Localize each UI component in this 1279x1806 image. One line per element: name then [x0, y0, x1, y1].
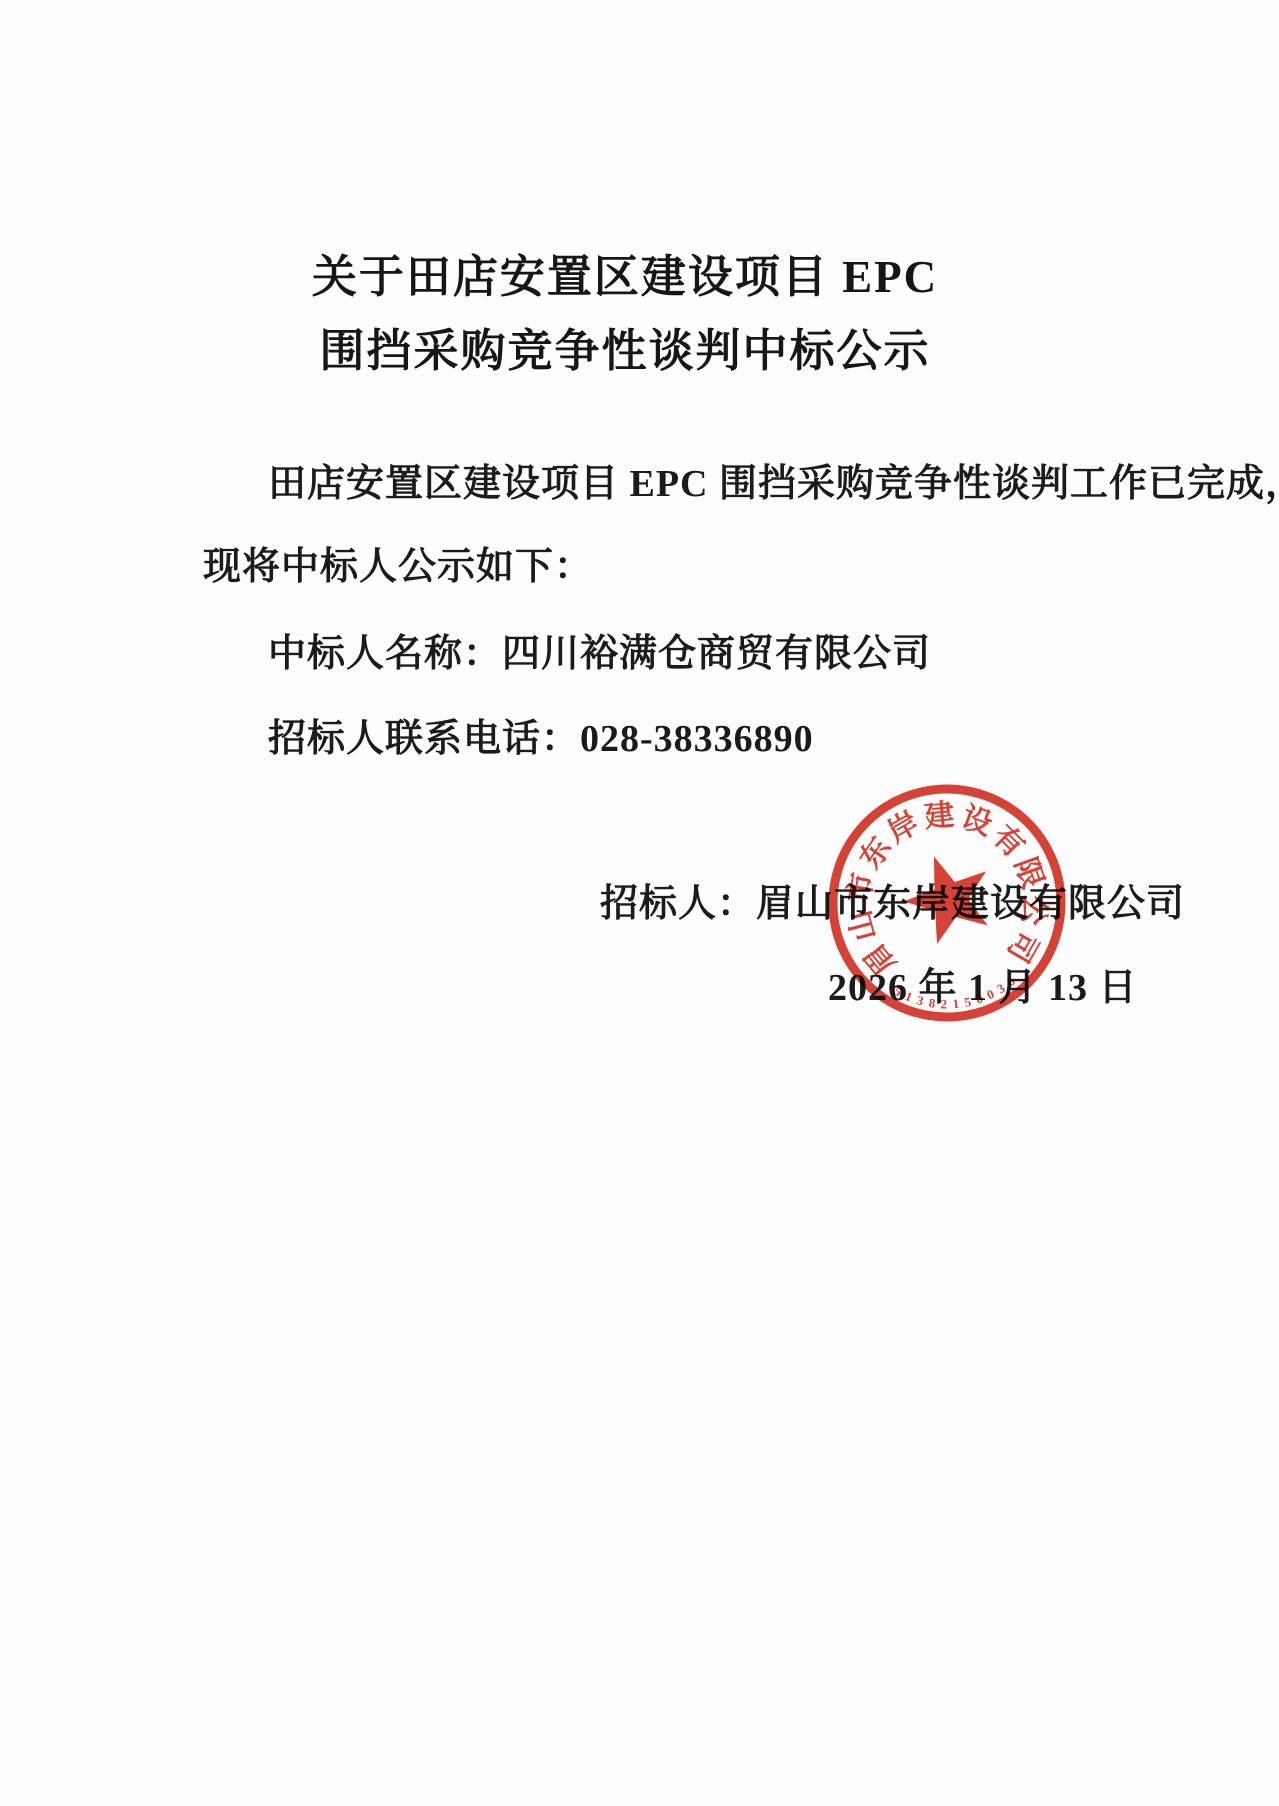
svg-text:市: 市: [843, 870, 881, 905]
svg-text:有: 有: [986, 819, 1031, 864]
svg-text:司: 司: [1001, 925, 1045, 967]
svg-text:0: 0: [974, 991, 985, 1007]
svg-text:3: 3: [994, 980, 1008, 996]
title-line-2: 围挡采购竞争性谈判中标公示: [0, 314, 1250, 388]
document-page: 关于田店安置区建设项目 EPC 围挡采购竞争性谈判中标公示 田店安置区建设项目 …: [0, 0, 1279, 1806]
seal-star-icon: [900, 852, 992, 946]
svg-text:限: 限: [1008, 854, 1049, 893]
svg-text:8: 8: [928, 995, 937, 1011]
svg-text:1: 1: [952, 996, 960, 1012]
svg-text:设: 设: [957, 801, 996, 842]
document-title: 关于田店安置区建设项目 EPC 围挡采购竞争性谈判中标公示: [0, 240, 1250, 388]
seal-svg: 眉山市东岸建设有限公司 51382150036: [801, 757, 1094, 1050]
svg-text:公: 公: [1016, 894, 1051, 927]
title-line-1: 关于田店安置区建设项目 EPC: [0, 240, 1250, 314]
winner-name-line: 中标人名称：四川裕满仓商贸有限公司: [268, 622, 931, 677]
svg-text:1: 1: [903, 988, 915, 1004]
svg-text:2: 2: [940, 996, 947, 1011]
svg-text:5: 5: [892, 983, 905, 1000]
svg-text:3: 3: [915, 992, 926, 1008]
svg-text:5: 5: [963, 994, 973, 1010]
svg-text:0: 0: [984, 986, 996, 1002]
paragraph-line-2: 现将中标人公示如下：: [203, 535, 593, 590]
svg-text:6: 6: [1003, 973, 1018, 989]
company-seal: 眉山市东岸建设有限公司 51382150036: [801, 757, 1094, 1050]
paragraph-line-1: 田店安置区建设项目 EPC 围挡采购竞争性谈判工作已完成，: [268, 452, 1279, 507]
svg-text:建: 建: [923, 799, 956, 834]
svg-text:山: 山: [843, 907, 883, 945]
svg-text:岸: 岸: [882, 806, 924, 850]
svg-text:眉: 眉: [858, 937, 903, 981]
contact-phone-line: 招标人联系电话：028-38336890: [268, 707, 814, 762]
